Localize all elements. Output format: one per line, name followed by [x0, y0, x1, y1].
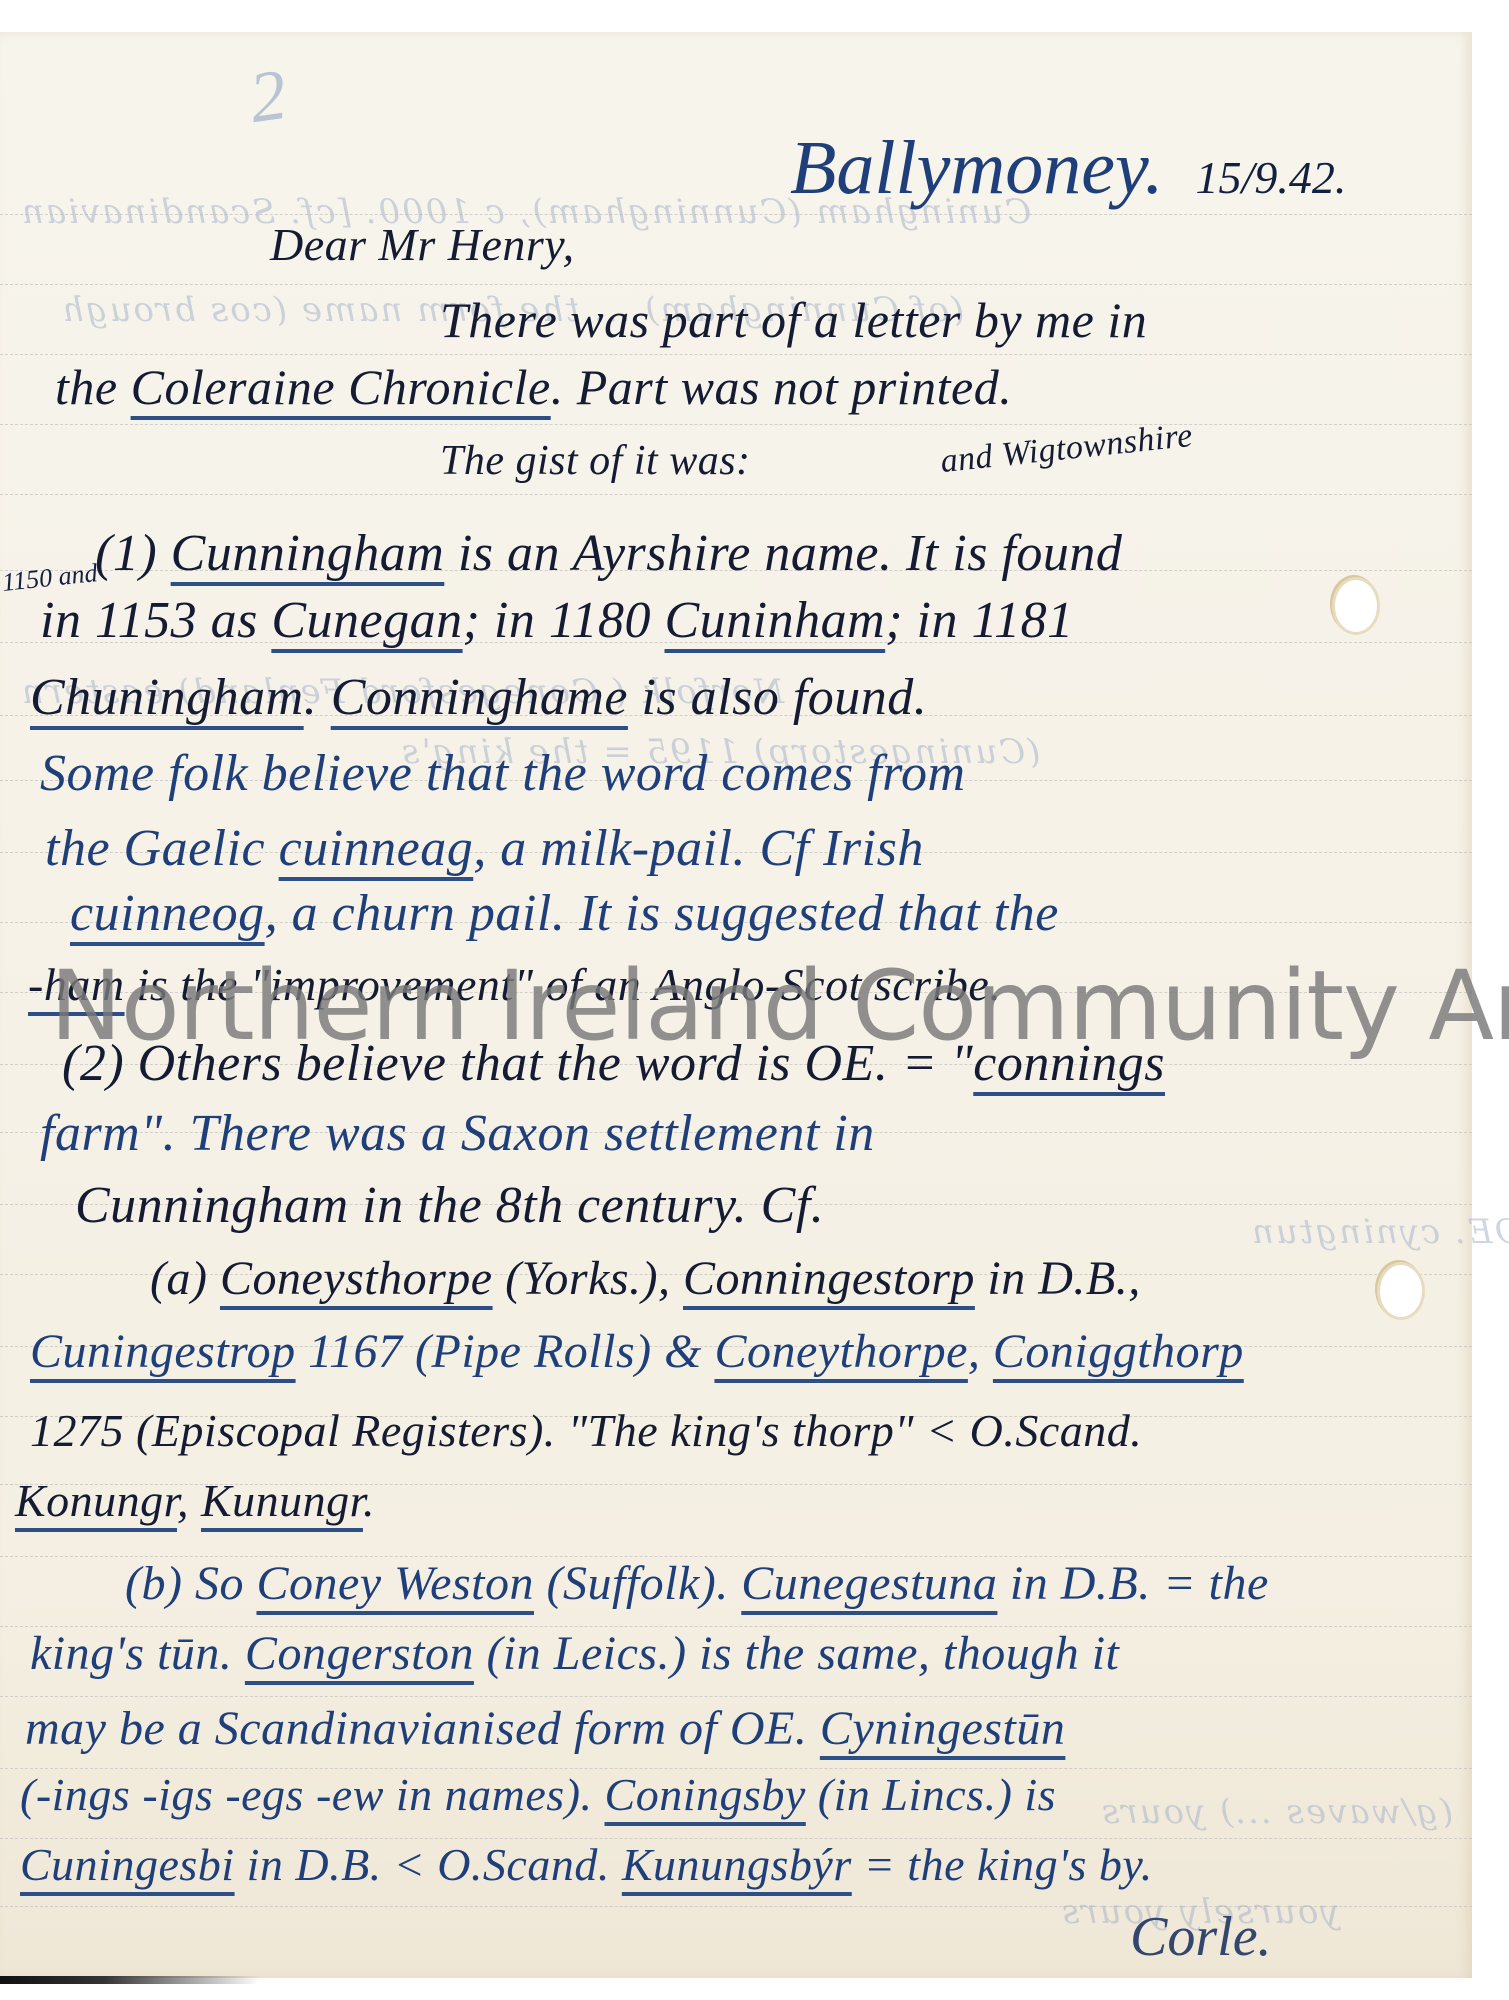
letter-text: in D.B.,	[975, 1252, 1141, 1305]
place-name: Conningestorp	[683, 1252, 975, 1305]
letter-text: is the "improvement" of an Anglo-Scot sc…	[125, 959, 1002, 1010]
place-name: Cuningestrop	[30, 1325, 296, 1378]
bleed-through-text: Beil OE. cyningtun	[1250, 1212, 1509, 1252]
letter-line: the Gaelic cuinneag, a milk-pail. Cf Iri…	[45, 823, 924, 875]
place-name: Coningsby	[605, 1769, 806, 1820]
letter-text: 1167 (Pipe Rolls) &	[296, 1325, 715, 1378]
letter-line: may be a Scandinavianised form of OE. Cy…	[25, 1705, 1065, 1753]
letter-line: Cunningham in the 8th century. Cf.	[75, 1180, 824, 1232]
letter-text: (in Leics.) is the same, though it	[474, 1627, 1119, 1680]
letter-date: 15/9.42.	[1196, 152, 1347, 203]
etymology-term: connings	[973, 1035, 1165, 1092]
ruled-line	[0, 424, 1472, 425]
letter-text: ; in 1180	[463, 592, 665, 649]
letter-line: Cuningesbi in D.B. < O.Scand. Kunungsbýr…	[20, 1842, 1153, 1888]
place-name: Cuningesbi	[20, 1839, 235, 1890]
letter-line: in 1153 as Cunegan; in 1180 Cuninham; in…	[40, 595, 1074, 647]
letter-text: (Yorks.),	[493, 1252, 683, 1305]
old-english-word: Cyningestūn	[820, 1702, 1065, 1755]
letter-text: is also found.	[628, 669, 927, 726]
letter-line: farm". There was a Saxon settlement in	[40, 1108, 875, 1160]
norse-word: Kunungsbýr	[622, 1839, 852, 1890]
letter-text: may be a Scandinavianised form of OE.	[25, 1702, 820, 1755]
place-name: Chuningham	[30, 669, 304, 726]
suffix: -ham	[28, 959, 125, 1010]
letter-text: the Gaelic	[45, 820, 279, 877]
letter-text: (a)	[150, 1252, 220, 1305]
norse-word: Kunungr	[201, 1475, 363, 1526]
letter-text: (b) So	[125, 1557, 256, 1610]
letter-text: (2) Others believe that the word is OE. …	[62, 1035, 973, 1092]
letter-text: (-ings -igs -egs -ew in names).	[20, 1769, 605, 1820]
place-name: Cuninham	[665, 592, 886, 649]
place-name: Coneysthorpe	[220, 1252, 493, 1305]
place-name: Conninghame	[331, 669, 628, 726]
letter-text: , a milk-pail. Cf Irish	[473, 820, 924, 877]
place-name: Cunningham	[171, 525, 445, 582]
letter-text: ; in 1181	[885, 592, 1073, 649]
ruled-line	[0, 1696, 1472, 1697]
ruled-line	[0, 494, 1472, 495]
letter-line: Some folk believe that the word comes fr…	[40, 748, 966, 800]
page-shadow	[0, 1976, 260, 1984]
letter-text: the	[55, 359, 131, 415]
letter-line: (b) So Coney Weston (Suffolk). Cunegestu…	[125, 1560, 1269, 1608]
letter-text: . Part was not printed.	[551, 359, 1013, 415]
letter-line: (a) Coneysthorpe (Yorks.), Conningestorp…	[150, 1255, 1141, 1303]
hole-punch	[1380, 1265, 1422, 1317]
letter-line: The gist of it was:	[440, 440, 751, 482]
hole-punch	[1335, 580, 1377, 632]
letter-text: ,	[968, 1325, 993, 1378]
letter-line: (-ings -igs -egs -ew in names). Coningsb…	[20, 1772, 1056, 1818]
letter-line: There was part of a letter by me in	[440, 295, 1147, 345]
letter-text: (Suffolk).	[534, 1557, 741, 1610]
ruled-line	[0, 284, 1472, 285]
letter-text: (1)	[95, 525, 171, 582]
place-name: Coniggthorp	[993, 1325, 1244, 1378]
salutation: Dear Mr Henry,	[270, 222, 575, 268]
letter-text: is an Ayrshire name. It is found	[444, 525, 1122, 582]
place-name: Coney Weston	[256, 1557, 534, 1610]
letter-text: .	[304, 669, 331, 726]
letter-text: king's tūn.	[30, 1627, 245, 1680]
place-name: Coneythorpe	[714, 1325, 967, 1378]
letter-text: .	[363, 1475, 375, 1526]
letter-text: = the king's by.	[852, 1839, 1153, 1890]
place-name: Cunegestuna	[741, 1557, 997, 1610]
letter-text: in D.B. = the	[997, 1557, 1268, 1610]
newspaper-name: Coleraine Chronicle	[131, 359, 551, 415]
letter-text: , a churn pail. It is suggested that the	[265, 885, 1059, 942]
signature: Corle.	[1130, 1905, 1272, 1969]
ruled-line	[0, 354, 1472, 355]
gaelic-word: cuinneag	[279, 820, 474, 877]
letter-line: king's tūn. Congerston (in Leics.) is th…	[30, 1630, 1119, 1678]
letter-line: Konungr, Kunungr.	[15, 1478, 375, 1524]
letter-text: (in Lincs.) is	[806, 1769, 1056, 1820]
place-name: Ballymoney.	[790, 126, 1164, 210]
letter-line: (2) Others believe that the word is OE. …	[62, 1038, 1165, 1090]
place-name: Cunegan	[271, 592, 462, 649]
place-name: Congerston	[245, 1627, 474, 1680]
letter-text: in 1153 as	[40, 592, 271, 649]
letter-heading: Ballymoney. 15/9.42.	[790, 125, 1346, 212]
letter-text: ,	[177, 1475, 201, 1526]
letter-line: Cuningestrop 1167 (Pipe Rolls) & Coneyth…	[30, 1328, 1244, 1376]
letter-line: cuinneog, a churn pail. It is suggested …	[70, 888, 1059, 940]
letter-line: Chuningham. Conninghame is also found.	[30, 672, 927, 724]
bleed-through-text: (g/waves ...) yours	[1100, 1792, 1453, 1832]
letter-line: (1) Cunningham is an Ayrshire name. It i…	[95, 528, 1122, 580]
letter-line: 1275 (Episcopal Registers). "The king's …	[30, 1408, 1142, 1454]
letter-line: -ham is the "improvement" of an Anglo-Sc…	[28, 962, 1001, 1008]
irish-word: cuinneog	[70, 885, 265, 942]
letter-text: in D.B. < O.Scand.	[235, 1839, 622, 1890]
norse-word: Konungr	[15, 1475, 177, 1526]
letter-line: the Coleraine Chronicle. Part was not pr…	[55, 362, 1012, 412]
